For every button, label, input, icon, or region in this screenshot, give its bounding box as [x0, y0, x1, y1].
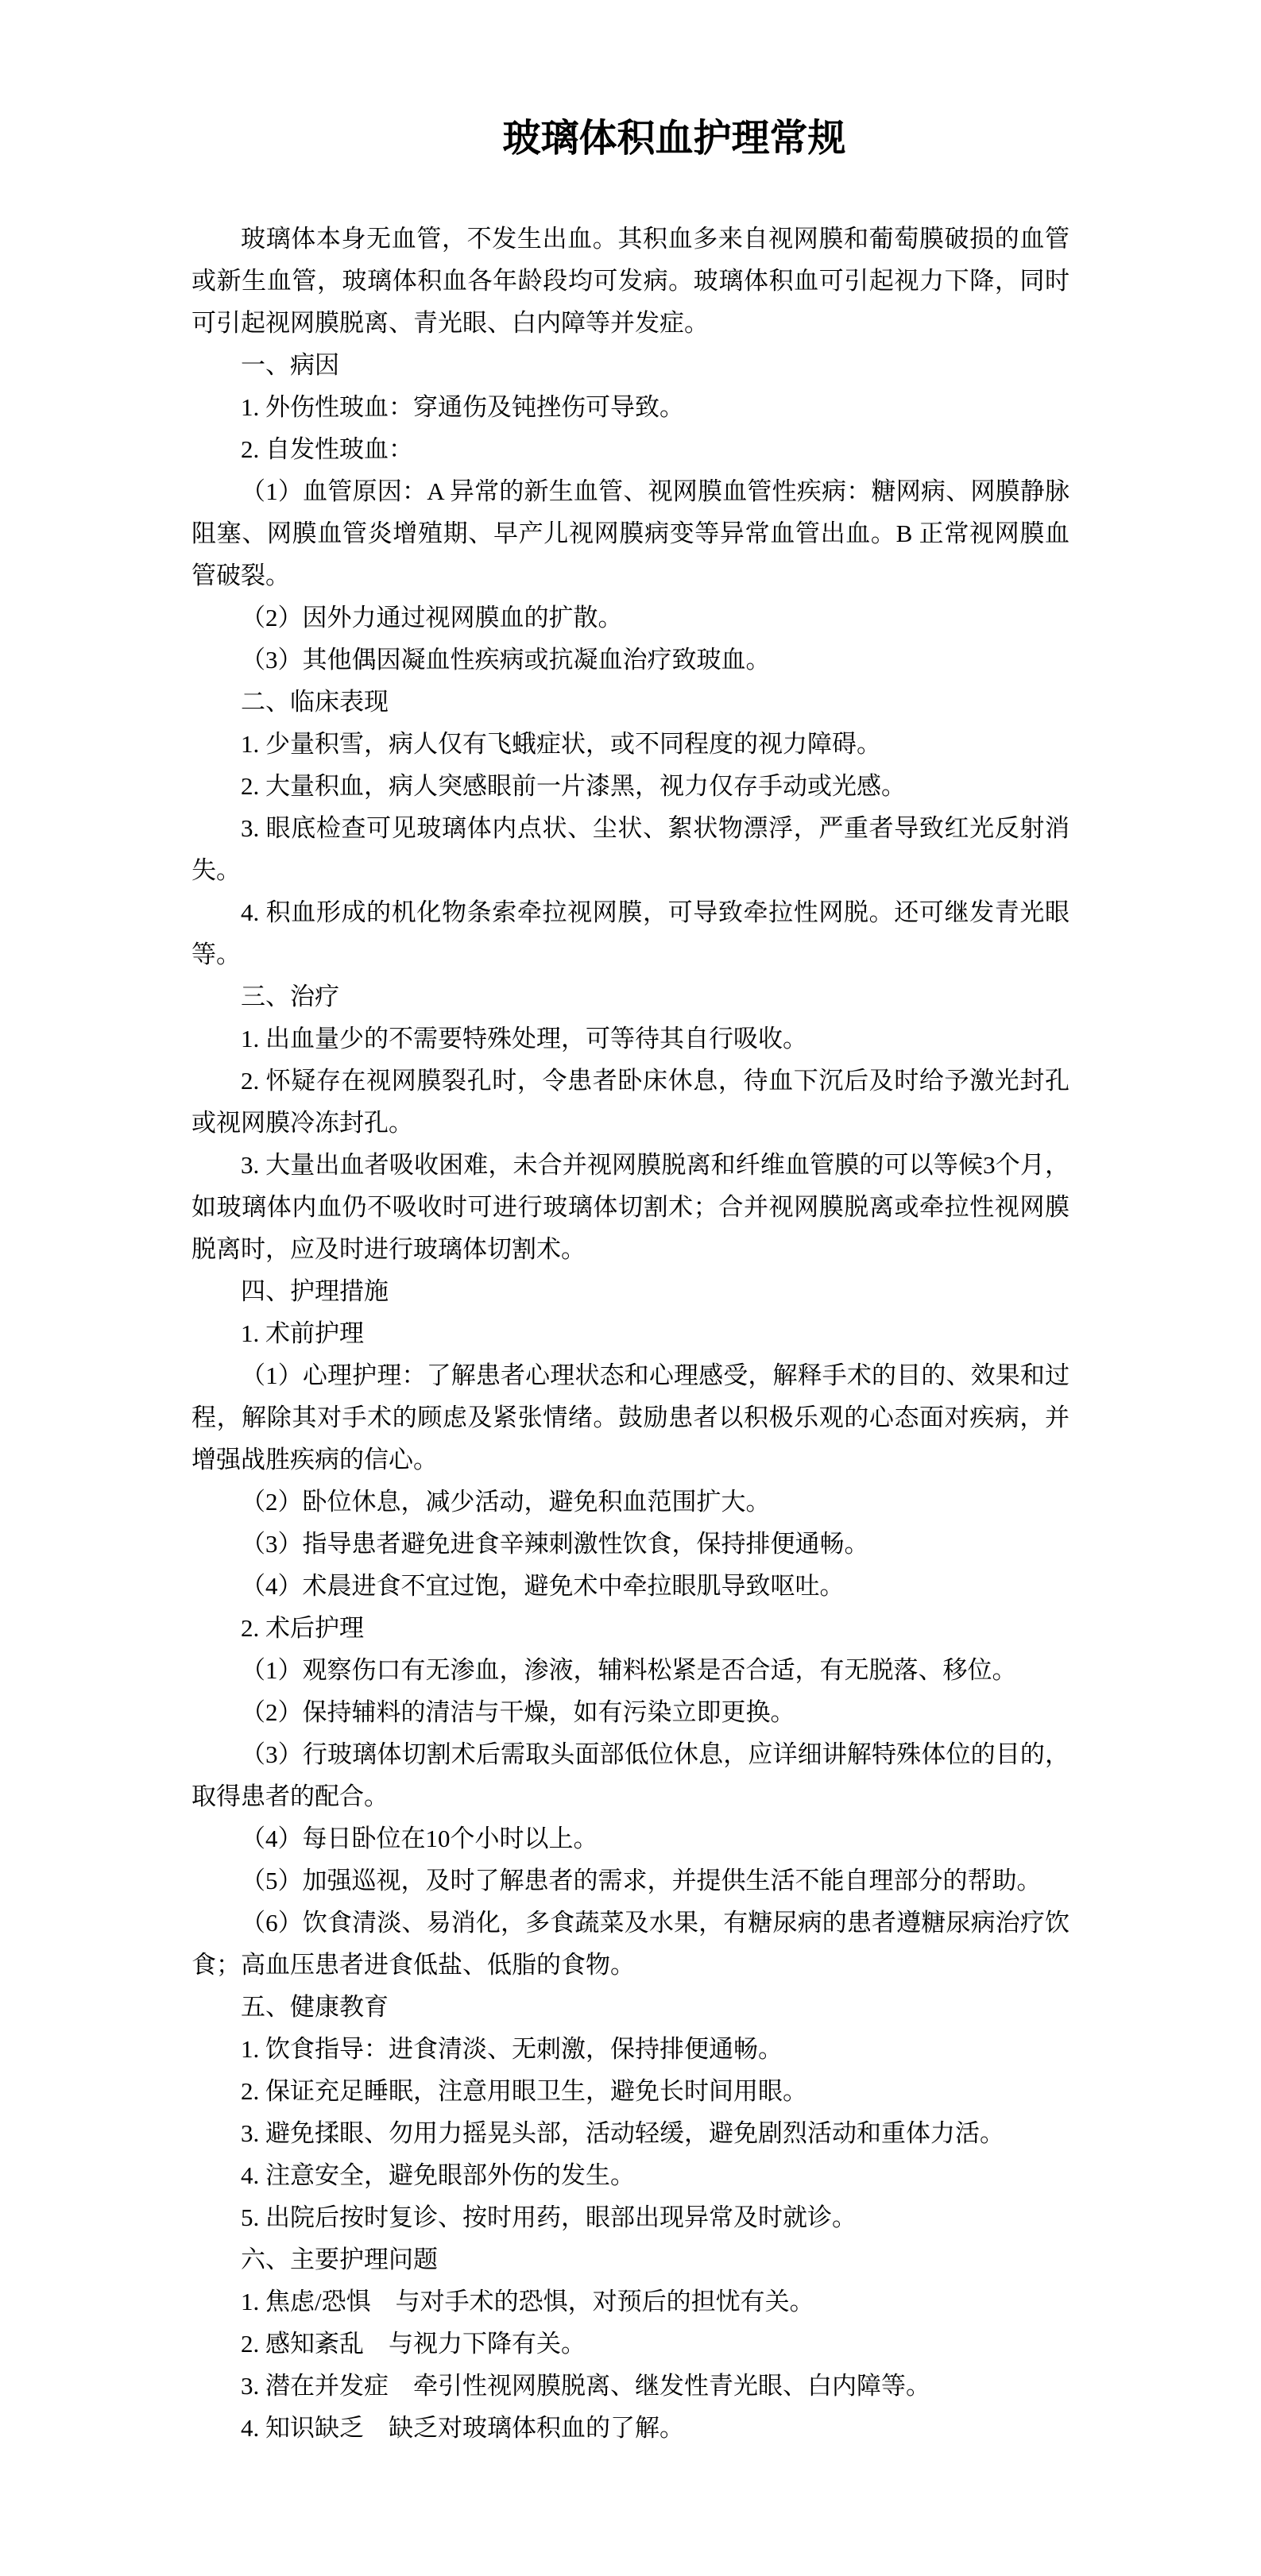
paragraph: 三、治疗 [191, 975, 1070, 1018]
paragraph: 1. 术前护理 [191, 1312, 1070, 1354]
paragraph: （4）术晨进食不宜过饱，避免术中牵拉眼肌导致呕吐。 [191, 1565, 1070, 1607]
paragraph: （2）保持辅料的清洁与干燥，如有污染立即更换。 [191, 1691, 1070, 1733]
paragraph: （2）因外力通过视网膜血的扩散。 [191, 597, 1070, 639]
paragraph: 五、健康教育 [191, 1986, 1070, 2028]
page-title: 玻璃体积血护理常规 [191, 0, 1070, 167]
paragraph: （1）心理护理：了解患者心理状态和心理感受，解释手术的目的、效果和过程，解除其对… [191, 1354, 1070, 1481]
paragraph: 4. 积血形成的机化物条索牵拉视网膜，可导致牵拉性网脱。还可继发青光眼等。 [191, 891, 1070, 975]
paragraph: 2. 保证充足睡眠，注意用眼卫生，避免长时间用眼。 [191, 2070, 1070, 2112]
paragraph: 1. 少量积雪，病人仅有飞蛾症状，或不同程度的视力障碍。 [191, 723, 1070, 765]
paragraph: 一、病因 [191, 344, 1070, 386]
paragraph: 1. 饮食指导：进食清淡、无刺激，保持排便通畅。 [191, 2028, 1070, 2070]
paragraph: 六、主要护理问题 [191, 2238, 1070, 2281]
paragraph: 3. 避免揉眼、勿用力摇晃头部，活动轻缓，避免剧烈活动和重体力活。 [191, 2112, 1070, 2154]
paragraph: （1）观察伤口有无渗血，渗液，辅料松紧是否合适，有无脱落、移位。 [191, 1649, 1070, 1691]
paragraph: （6）饮食清淡、易消化，多食蔬菜及水果，有糖尿病的患者遵糖尿病治疗饮食；高血压患… [191, 1902, 1070, 1986]
paragraph: 2. 大量积血，病人突感眼前一片漆黑，视力仅存手动或光感。 [191, 765, 1070, 807]
paragraph: 二、临床表现 [191, 681, 1070, 723]
paragraph: 2. 感知紊乱 与视力下降有关。 [191, 2323, 1070, 2365]
paragraph: 4. 知识缺乏 缺乏对玻璃体积血的了解。 [191, 2407, 1070, 2449]
paragraph: 4. 注意安全，避免眼部外伤的发生。 [191, 2154, 1070, 2196]
document-body: 玻璃体本身无血管，不发生出血。其积血多来自视网膜和葡萄膜破损的血管或新生血管，玻… [191, 218, 1070, 2449]
paragraph: 1. 外伤性玻血：穿通伤及钝挫伤可导致。 [191, 386, 1070, 428]
paragraph: 3. 潜在并发症 牵引性视网膜脱离、继发性青光眼、白内障等。 [191, 2365, 1070, 2407]
paragraph: 2. 自发性玻血： [191, 428, 1070, 470]
paragraph: （2）卧位休息，减少活动，避免积血范围扩大。 [191, 1481, 1070, 1523]
paragraph: （1）血管原因：A 异常的新生血管、视网膜血管性疾病：糖网病、网膜静脉阻塞、网膜… [191, 470, 1070, 597]
paragraph: 1. 出血量少的不需要特殊处理，可等待其自行吸收。 [191, 1018, 1070, 1060]
page-title-text: 玻璃体积血护理常规 [502, 118, 845, 160]
paragraph: （5）加强巡视，及时了解患者的需求，并提供生活不能自理部分的帮助。 [191, 1860, 1070, 1902]
paragraph: 3. 大量出血者吸收困难，未合并视网膜脱离和纤维血管膜的可以等候3个月，如玻璃体… [191, 1144, 1070, 1270]
document-page: 玻璃体积血护理常规 玻璃体本身无血管，不发生出血。其积血多来自视网膜和葡萄膜破损… [0, 0, 1261, 2576]
paragraph: （3）行玻璃体切割术后需取头面部低位休息，应详细讲解特殊体位的目的，取得患者的配… [191, 1733, 1070, 1817]
paragraph: 3. 眼底检查可见玻璃体内点状、尘状、絮状物漂浮，严重者导致红光反射消失。 [191, 807, 1070, 891]
paragraph: 5. 出院后按时复诊、按时用药，眼部出现异常及时就诊。 [191, 2196, 1070, 2238]
paragraph: （3）其他偶因凝血性疾病或抗凝血治疗致玻血。 [191, 639, 1070, 681]
paragraph: （3）指导患者避免进食辛辣刺激性饮食，保持排便通畅。 [191, 1523, 1070, 1565]
paragraph: 玻璃体本身无血管，不发生出血。其积血多来自视网膜和葡萄膜破损的血管或新生血管，玻… [191, 218, 1070, 344]
paragraph: 1. 焦虑/恐惧 与对手术的恐惧，对预后的担忧有关。 [191, 2281, 1070, 2323]
paragraph: （4）每日卧位在10个小时以上。 [191, 1817, 1070, 1860]
paragraph: 2. 怀疑存在视网膜裂孔时，令患者卧床休息，待血下沉后及时给予激光封孔或视网膜冷… [191, 1060, 1070, 1144]
paragraph: 四、护理措施 [191, 1270, 1070, 1312]
paragraph: 2. 术后护理 [191, 1607, 1070, 1649]
